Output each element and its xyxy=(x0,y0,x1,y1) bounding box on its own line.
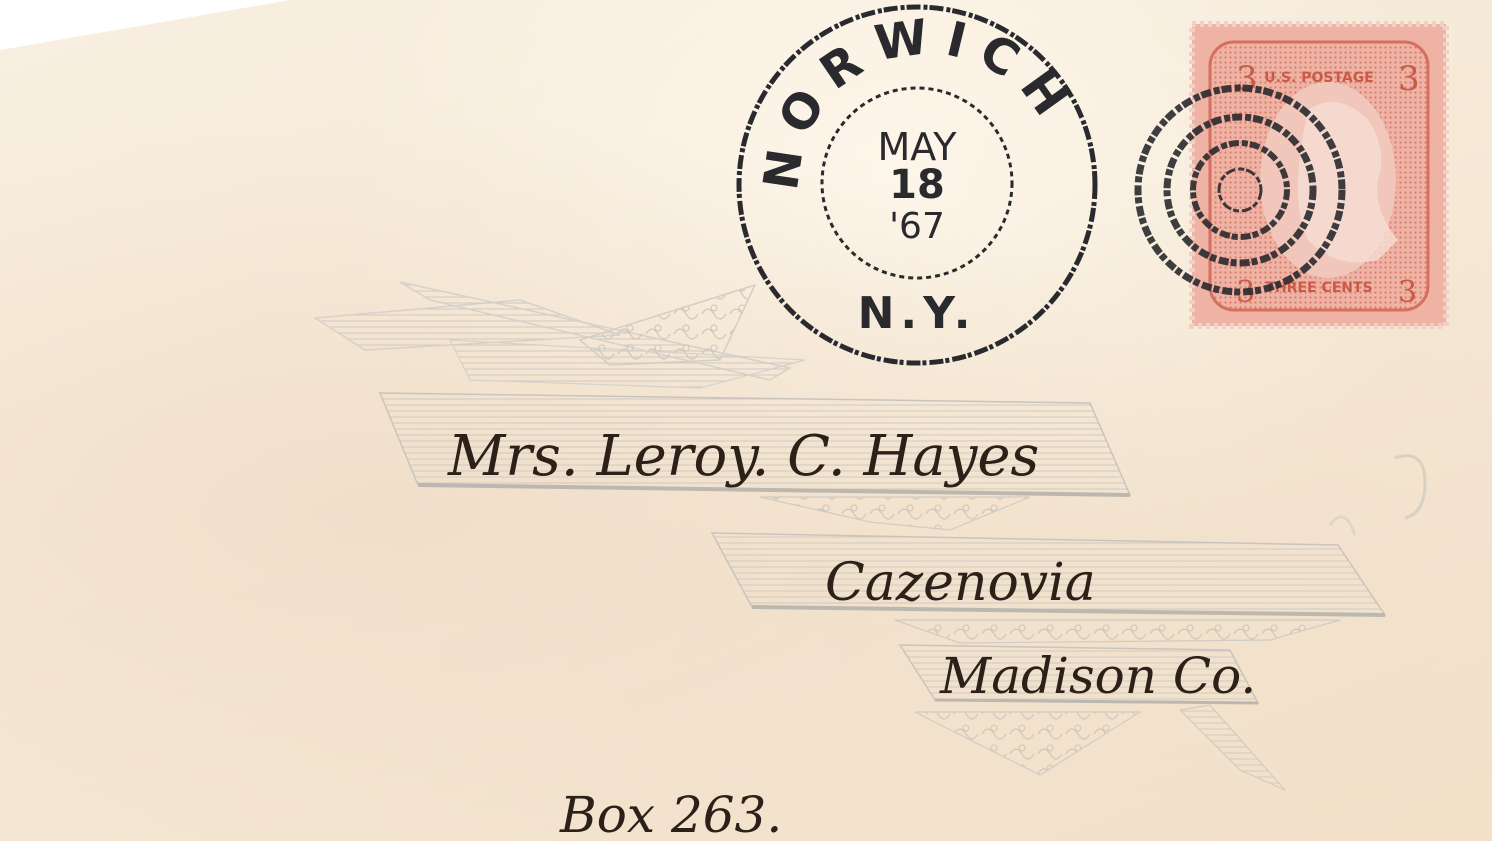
faint-pencil-marks xyxy=(0,0,1492,841)
envelope: 3 3 3 3 U.S. POSTAGE THREE CENTS NORWICH… xyxy=(0,0,1492,841)
